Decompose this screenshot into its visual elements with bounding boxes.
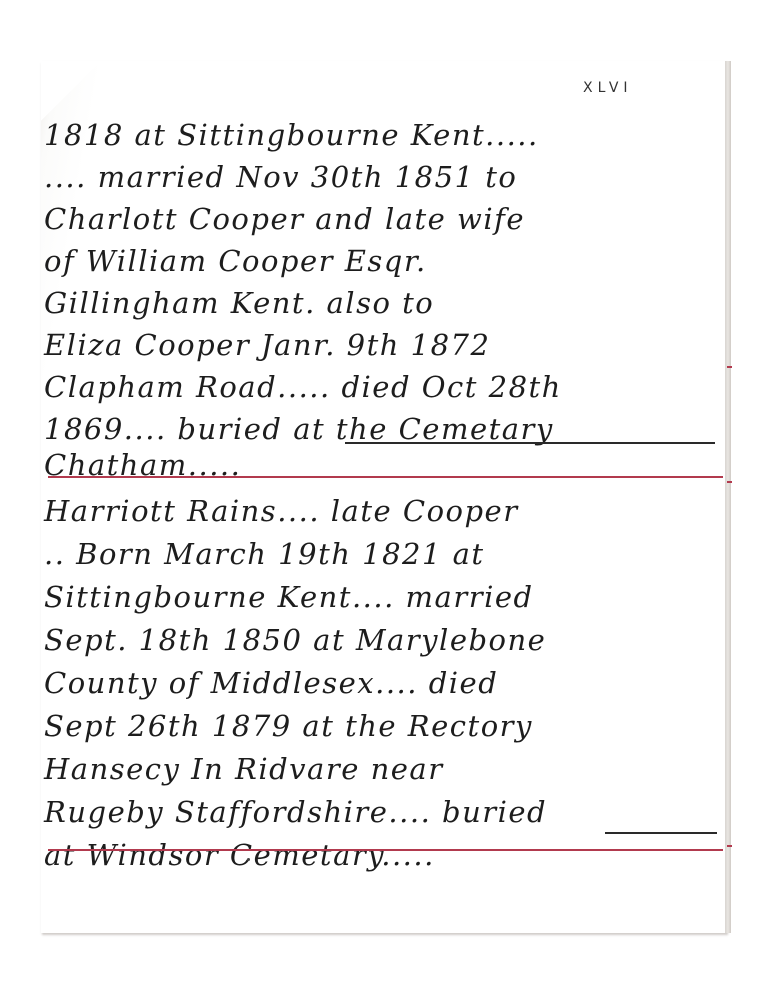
entry-separator-rule <box>48 476 723 478</box>
entry-1-end-line <box>345 442 715 444</box>
entry-2-line-9: at Windsor Cemetary..... <box>44 838 435 872</box>
entry-2-line-4: Sept. 18th 1850 at Marylebone <box>44 623 546 657</box>
entry-2-line-3: Sittingbourne Kent.... married <box>44 580 534 614</box>
entry-2-line-5: County of Middlesex.... died <box>44 666 498 700</box>
entry-1-line-3: Charlott Cooper and late wife <box>44 202 525 236</box>
page-edge <box>725 61 731 933</box>
ink-speck <box>247 858 250 861</box>
entry-1-line-2: .... married Nov 30th 1851 to <box>44 160 517 194</box>
margin-tick <box>727 845 732 847</box>
entry-1-line-6: Eliza Cooper Janr. 9th 1872 <box>44 328 490 362</box>
margin-tick <box>727 366 732 368</box>
entry-2-line-8: Rugeby Staffordshire.... buried <box>44 795 547 829</box>
entry-1-line-5: Gillingham Kent. also to <box>44 286 434 320</box>
entry-1-line-7: Clapham Road..... died Oct 28th <box>44 370 562 404</box>
entry-2-line-2: .. Born March 19th 1821 at <box>44 537 485 571</box>
entry-1-line-4: of William Cooper Esqr. <box>44 244 427 278</box>
margin-tick <box>727 481 732 483</box>
entry-2-line-6: Sept 26th 1879 at the Rectory <box>44 709 533 743</box>
entry-bottom-rule <box>48 849 723 851</box>
entry-1-line-8: 1869.... buried at the Cemetary <box>44 412 554 446</box>
entry-2-line-1: Harriott Rains.... late Cooper <box>44 494 519 528</box>
entry-2-line-7: Hansecy In Ridvare near <box>44 752 444 786</box>
folio-number: XLVI <box>583 80 633 96</box>
entry-2-end-line <box>605 832 717 834</box>
entry-1-line-1: 1818 at Sittingbourne Kent..... <box>44 118 539 152</box>
